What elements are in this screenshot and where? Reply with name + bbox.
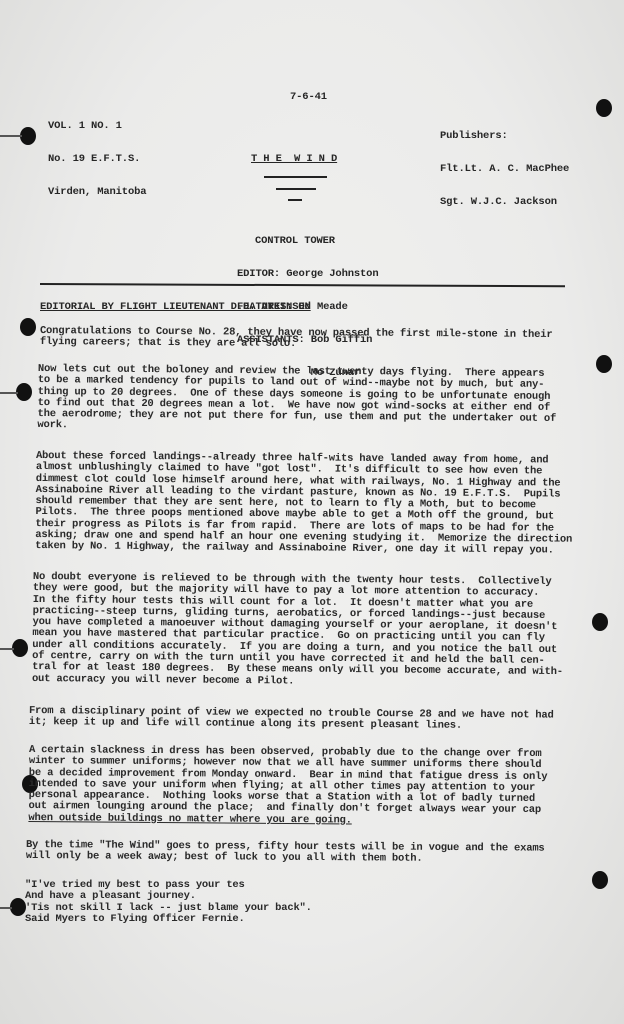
verse-line: And have a pleasant journey. — [25, 891, 560, 902]
volume-info: VOL. 1 NO. 1 No. 19 E.F.T.S. Virden, Man… — [48, 99, 146, 220]
punch-hole-icon — [596, 99, 612, 117]
newsletter-title: T H E W I N D — [251, 154, 337, 165]
paragraph: Now lets cut out the boloney and review … — [37, 364, 573, 437]
punch-hole-icon — [596, 355, 612, 373]
punch-hole-icon — [592, 613, 608, 631]
punch-hole-icon — [592, 871, 608, 889]
paragraph: From a disciplinary point of view we exp… — [29, 706, 564, 733]
punch-hole-icon — [20, 127, 36, 145]
publisher-2: Sgt. W.J.C. Jackson — [440, 197, 569, 208]
staff-title: CONTROL TOWER — [237, 236, 378, 247]
punch-hole-icon — [16, 383, 32, 401]
title-rule — [288, 199, 302, 201]
editorial-heading: EDITORIAL BY FLIGHT LIEUTENANT D.D. ATKI… — [40, 302, 311, 313]
title-rule — [276, 188, 316, 190]
binder-mark — [0, 648, 14, 650]
volume-number: VOL. 1 NO. 1 — [48, 121, 146, 132]
paragraph: About these forced landings--already thr… — [35, 451, 571, 557]
location: Virden, Manitoba — [48, 187, 146, 198]
unit-name: No. 19 E.F.T.S. — [48, 154, 146, 165]
publisher-1: Flt.Lt. A. C. MacPhee — [440, 164, 569, 175]
paragraph: No doubt everyone is relieved to be thro… — [32, 572, 568, 690]
staff-editor: EDITOR: George Johnston — [237, 269, 378, 280]
binder-mark — [0, 135, 22, 137]
verse: "I've tried my best to pass your tes And… — [25, 880, 560, 925]
document-page: VOL. 1 NO. 1 No. 19 E.F.T.S. Virden, Man… — [0, 0, 624, 1024]
paragraph: A certain slackness in dress has been ob… — [28, 745, 564, 828]
publishers: Publishers: Flt.Lt. A. C. MacPhee Sgt. W… — [440, 109, 569, 230]
binder-mark — [0, 392, 18, 394]
publishers-label: Publishers: — [440, 131, 569, 142]
verse-line: Said Myers to Flying Officer Fernie. — [25, 914, 560, 925]
text-line: taken by No. 1 Highway, the railway and … — [35, 541, 570, 557]
punch-hole-icon — [10, 898, 26, 916]
paragraph: By the time "The Wind" goes to press, fi… — [26, 840, 561, 866]
issue-date: 7-6-41 — [290, 92, 327, 103]
punch-hole-icon — [20, 318, 36, 336]
title-rule — [264, 176, 327, 178]
paragraph: Congratulations to Course No. 28, they h… — [40, 326, 575, 353]
punch-hole-icon — [12, 639, 28, 657]
binder-mark — [0, 907, 12, 909]
